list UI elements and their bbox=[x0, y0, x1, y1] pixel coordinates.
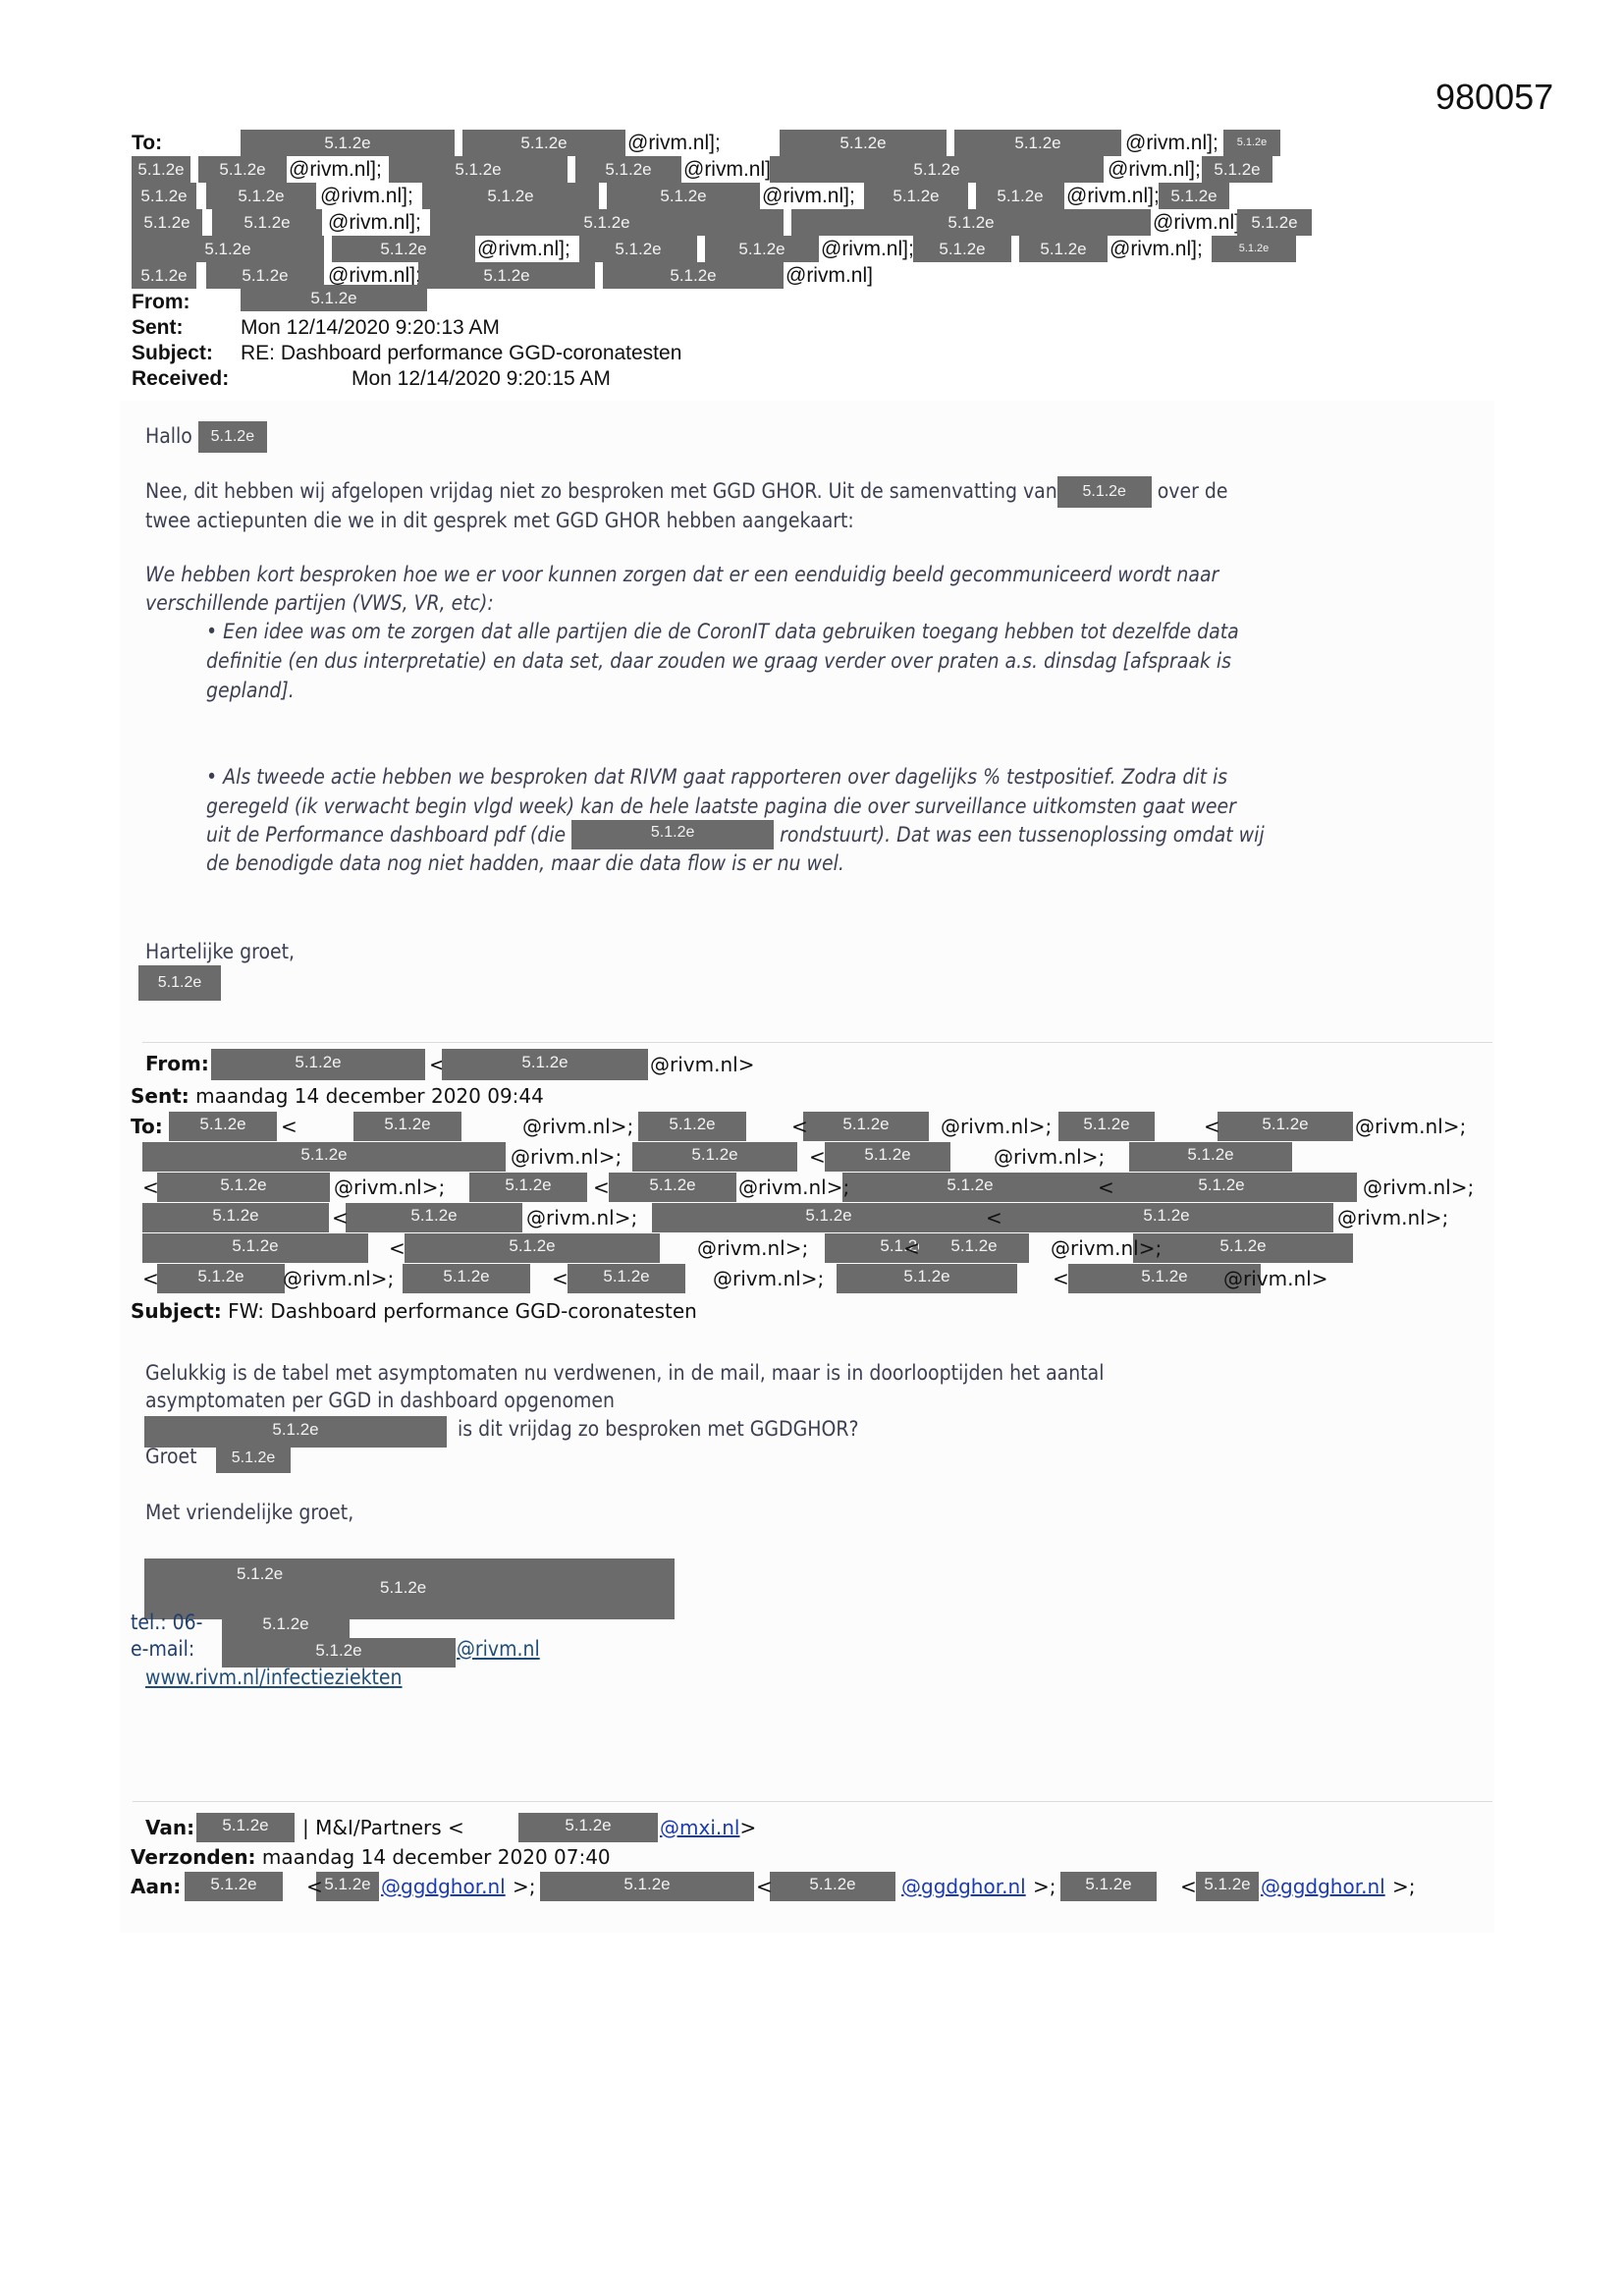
email-domain: @rivm.nl>; bbox=[994, 1145, 1105, 1169]
email-domain: < bbox=[809, 1145, 826, 1169]
sent-label: Verzonden: bbox=[131, 1845, 256, 1869]
website-link[interactable]: www.rivm.nl/infectieziekten bbox=[145, 1663, 403, 1692]
email-domain: @rivm.nl]; bbox=[1066, 183, 1160, 209]
redaction: 5.1.2e bbox=[1202, 156, 1272, 183]
sent-label: Sent: bbox=[132, 316, 184, 339]
redaction: 5.1.2e bbox=[469, 1173, 587, 1202]
redaction: 5.1.2e bbox=[241, 285, 427, 311]
from-org: | M&I/Partners < bbox=[302, 1816, 464, 1839]
email-domain: @ggdghor.nl bbox=[1261, 1875, 1385, 1898]
document-number: 980057 bbox=[1435, 77, 1553, 118]
email-domain: < bbox=[1204, 1115, 1220, 1138]
redaction: 5.1.2e bbox=[603, 262, 784, 289]
redaction: 5.1.2e bbox=[389, 156, 568, 183]
redaction: 5.1.2e bbox=[652, 1203, 1005, 1232]
email-domain: < bbox=[756, 1875, 773, 1898]
redaction: 5.1.2e bbox=[1086, 1173, 1357, 1202]
bullet1-line: definitie (en dus interpretatie) en data… bbox=[206, 646, 1231, 676]
redaction: 5.1.2e bbox=[132, 209, 202, 236]
redaction: 5.1.2e bbox=[316, 1872, 379, 1901]
email-domain: @rivm.nl]; bbox=[328, 209, 421, 236]
redaction: 5.1.2e bbox=[422, 183, 599, 209]
divider bbox=[133, 1801, 1492, 1802]
redaction: 5.1.2e bbox=[430, 209, 784, 236]
email-domain: @rivm.nl]; bbox=[762, 183, 855, 209]
from-label: From: bbox=[132, 291, 190, 313]
redaction: 5.1.2e bbox=[169, 1112, 277, 1141]
redaction: 5.1.2e bbox=[842, 1173, 1098, 1202]
redaction: 5.1.2e bbox=[1129, 1142, 1292, 1172]
email-domain: @rivm.nl>; bbox=[697, 1236, 808, 1260]
redaction: 5.1.2e bbox=[211, 1049, 425, 1080]
redaction: 5.1.2e bbox=[954, 130, 1121, 156]
para1-text: over de bbox=[1158, 479, 1228, 503]
redaction: 5.1.2e bbox=[568, 1264, 685, 1293]
redaction: 5.1.2e bbox=[825, 1142, 950, 1172]
email-domain: < bbox=[142, 1175, 159, 1199]
redaction: 5.1.2e bbox=[138, 965, 221, 1001]
redaction: 5.1.2e bbox=[609, 1173, 736, 1202]
bullet2-line: geregeld (ik verwacht begin vlgd week) k… bbox=[206, 792, 1236, 821]
closing: Met vriendelijke groet, bbox=[145, 1498, 353, 1527]
subject-label: Subject: bbox=[132, 342, 213, 364]
email-domain: @rivm.nl]; bbox=[1153, 209, 1246, 236]
email-domain: @ggdghor.nl bbox=[381, 1875, 506, 1898]
redaction: 5.1.2e bbox=[142, 1233, 368, 1263]
redaction: 5.1.2e bbox=[442, 1049, 648, 1080]
redaction: 5.1.2e bbox=[1223, 130, 1280, 156]
redaction: 5.1.2e bbox=[196, 1813, 295, 1842]
email-domain: < bbox=[791, 1115, 808, 1138]
received-label: Received: bbox=[132, 367, 229, 390]
redaction: 5.1.2e bbox=[705, 236, 819, 262]
redaction: 5.1.2e bbox=[142, 1142, 506, 1172]
redaction: 5.1.2e bbox=[403, 1264, 530, 1293]
redaction: 5.1.2e bbox=[418, 262, 595, 289]
bullet1-line: gepland]. bbox=[206, 676, 295, 705]
body-line: is dit vrijdag zo besproken met GGDGHOR? bbox=[458, 1414, 859, 1444]
email-domain: @rivm.nl]; bbox=[627, 130, 721, 156]
redaction: 5.1.2e bbox=[157, 1173, 330, 1202]
email-domain: @rivm.nl>; bbox=[738, 1175, 849, 1199]
email-domain: < bbox=[1053, 1267, 1069, 1290]
bullet1-line: • Een idee was om te zorgen dat alle par… bbox=[206, 617, 1239, 646]
redaction: 5.1.2e bbox=[864, 183, 968, 209]
redaction: 5.1.2e bbox=[1058, 1112, 1155, 1141]
redaction: 5.1.2e bbox=[1057, 476, 1152, 508]
subject-value: FW: Dashboard performance GGD-coronatest… bbox=[228, 1299, 697, 1323]
redaction: 5.1.2e bbox=[132, 236, 324, 262]
redaction: 5.1.2e bbox=[206, 183, 316, 209]
redaction: 5.1.2e bbox=[770, 156, 1104, 183]
email-domain: @rivm.nl>; bbox=[1363, 1175, 1474, 1199]
email-domain: >; bbox=[513, 1875, 536, 1898]
email-domain: @rivm.nl]; bbox=[1108, 156, 1201, 183]
subject-value: RE: Dashboard performance GGD-coronatest… bbox=[241, 340, 681, 366]
greeting: Hallo bbox=[145, 424, 192, 448]
redaction: 5.1.2e bbox=[518, 1813, 658, 1842]
bullet2-line: rondstuurt). Dat was een tussenoplossing… bbox=[780, 823, 1265, 847]
email-domain: @rivm.nl]; bbox=[1110, 236, 1203, 262]
email-domain: < bbox=[281, 1115, 298, 1138]
email-domain: @rivm.nl]; bbox=[683, 156, 777, 183]
redaction: 5.1.2e bbox=[405, 1233, 660, 1263]
received-value: Mon 12/14/2020 9:20:15 AM bbox=[352, 365, 611, 392]
to-label: To: bbox=[132, 132, 162, 154]
redaction: 5.1.2e bbox=[579, 236, 697, 262]
email-domain: @rivm.nl]; bbox=[821, 236, 914, 262]
email-domain: @rivm.nl>; bbox=[1355, 1115, 1466, 1138]
email-domain: < bbox=[593, 1175, 610, 1199]
to-label: Aan: bbox=[131, 1875, 181, 1898]
para1-text: Nee, dit hebben wij afgelopen vrijdag ni… bbox=[145, 479, 1057, 503]
email-label: e-mail: bbox=[131, 1637, 194, 1661]
redaction: 5.1.2e bbox=[353, 1112, 461, 1141]
bullet2-line: uit de Performance dashboard pdf (die bbox=[206, 823, 566, 847]
email-domain: @ggdghor.nl bbox=[901, 1875, 1026, 1898]
redaction: 5.1.2e bbox=[540, 1872, 754, 1901]
redaction: 5.1.2e bbox=[132, 262, 196, 289]
email-domain: < bbox=[1180, 1875, 1197, 1898]
email-domain: @rivm.nl>; bbox=[522, 1115, 633, 1138]
sent-label: Sent: bbox=[131, 1084, 189, 1108]
from-label: Van: bbox=[145, 1816, 194, 1839]
redaction: 5.1.2e bbox=[638, 1112, 746, 1141]
redaction: 5.1.2e bbox=[198, 421, 267, 453]
redaction: 5.1.2e bbox=[185, 1872, 283, 1901]
redaction: 5.1.2e bbox=[1000, 1203, 1333, 1232]
body-line: Groet bbox=[145, 1442, 197, 1471]
sent-value: Mon 12/14/2020 9:20:13 AM bbox=[241, 314, 500, 341]
email-domain: @rivm.nl] bbox=[785, 262, 873, 289]
redaction: 5.1.2e bbox=[837, 1264, 1017, 1293]
email-domain: @rivm.nl>; bbox=[941, 1115, 1052, 1138]
bullet2-line: • Als tweede actie hebben we besproken d… bbox=[206, 762, 1227, 792]
email-domain: @rivm.nl>; bbox=[283, 1267, 394, 1290]
email-domain: @rivm.nl]; bbox=[289, 156, 382, 183]
email-domain: @rivm.nl>; bbox=[1051, 1236, 1162, 1260]
redaction: 5.1.2e bbox=[575, 156, 681, 183]
redaction: 5.1.2e bbox=[462, 130, 625, 156]
email-domain: < bbox=[142, 1267, 159, 1290]
sent-value: maandag 14 december 2020 09:44 bbox=[195, 1084, 544, 1108]
sent-value: maandag 14 december 2020 07:40 bbox=[262, 1845, 611, 1869]
redaction: 5.1.2e bbox=[1159, 183, 1229, 209]
quote-intro: We hebben kort besproken hoe we er voor … bbox=[145, 560, 1218, 589]
redaction: 5.1.2e bbox=[976, 183, 1064, 209]
redaction: 5.1.2e bbox=[346, 1203, 522, 1232]
redaction: 5.1.2e bbox=[222, 1611, 350, 1640]
email-domain: @rivm.nl]; bbox=[1125, 130, 1218, 156]
email-domain: @rivm.nl>; bbox=[511, 1145, 622, 1169]
email-domain: < bbox=[552, 1267, 568, 1290]
email-domain: < bbox=[986, 1206, 1002, 1230]
email-domain: >; bbox=[1033, 1875, 1056, 1898]
closing: Hartelijke groet, bbox=[145, 937, 295, 966]
email-domain: @rivm.nl> bbox=[1223, 1267, 1327, 1290]
redaction: 5.1.2e bbox=[216, 1446, 291, 1473]
email-domain: @rivm.nl>; bbox=[713, 1267, 824, 1290]
redaction: 5.1.2e bbox=[241, 130, 455, 156]
tel-label: tel.: 06- bbox=[131, 1611, 203, 1634]
redaction: 5.1.2e bbox=[1218, 1112, 1353, 1141]
redaction: 5.1.2e bbox=[212, 209, 322, 236]
email-domain: < bbox=[332, 1206, 349, 1230]
email-domain: < bbox=[903, 1236, 920, 1260]
email-domain: @rivm.nl>; bbox=[334, 1175, 445, 1199]
redaction: 5.1.2e bbox=[1060, 1872, 1157, 1901]
body-line: asymptomaten per GGD in dashboard opgeno… bbox=[145, 1386, 615, 1415]
email-domain: @rivm.nl]; bbox=[477, 236, 570, 262]
redaction: 5.1.2e bbox=[142, 1203, 329, 1232]
redaction: 5.1.2e bbox=[132, 183, 196, 209]
redaction: 5.1.2e bbox=[780, 130, 947, 156]
to-label: To: bbox=[131, 1115, 163, 1138]
redaction: 5.1.2e bbox=[198, 156, 287, 183]
redaction: 5.1.2e bbox=[132, 156, 190, 183]
redaction: 5.1.2e bbox=[1133, 1233, 1353, 1263]
redaction: 5.1.2e bbox=[571, 820, 774, 849]
redaction: 5.1.2e bbox=[791, 209, 1151, 236]
redaction: 5.1.2e bbox=[1019, 236, 1108, 262]
para1-text: twee actiepunten die we in dit gesprek m… bbox=[145, 506, 854, 535]
redaction: 5.1.2e bbox=[607, 183, 760, 209]
email-domain: < bbox=[389, 1236, 406, 1260]
email-domain: < bbox=[1098, 1175, 1114, 1199]
email-domain: @rivm.nl]; bbox=[320, 183, 413, 209]
email-domain: @rivm.nl> bbox=[650, 1053, 754, 1076]
redaction: 5.1.2e bbox=[332, 236, 475, 262]
redaction: 5.1.2e bbox=[1196, 1872, 1259, 1901]
email-domain: >; bbox=[1392, 1875, 1416, 1898]
subject-label: Subject: bbox=[131, 1299, 222, 1323]
redaction: 5.1.2e bbox=[632, 1142, 797, 1172]
bullet2-line: de benodigde data nog niet hadden, maar … bbox=[206, 848, 844, 878]
redaction: 5.1.2e bbox=[913, 236, 1011, 262]
email-link[interactable]: @mxi.nl bbox=[660, 1816, 739, 1839]
body-line: Gelukkig is de tabel met asymptomaten nu… bbox=[145, 1358, 1104, 1388]
email-domain: @rivm.nl>; bbox=[526, 1206, 637, 1230]
redaction: 5.1.2e bbox=[1237, 209, 1312, 236]
redaction: 5.1.2e bbox=[770, 1872, 895, 1901]
redaction: 5.1.2e bbox=[1212, 236, 1296, 262]
redaction: 5.1.2e bbox=[919, 1233, 1029, 1263]
email-domain: @rivm.nl>; bbox=[1337, 1206, 1448, 1230]
quote-intro: verschillende partijen (VWS, VR, etc): bbox=[145, 588, 494, 618]
redaction: 5.1.2e bbox=[803, 1112, 929, 1141]
divider bbox=[142, 1042, 1492, 1043]
from-label: From: bbox=[145, 1052, 209, 1075]
redaction: 5.1.2e bbox=[157, 1264, 285, 1293]
email-link[interactable]: @rivm.nl bbox=[457, 1634, 540, 1664]
email-domain: < bbox=[306, 1875, 323, 1898]
